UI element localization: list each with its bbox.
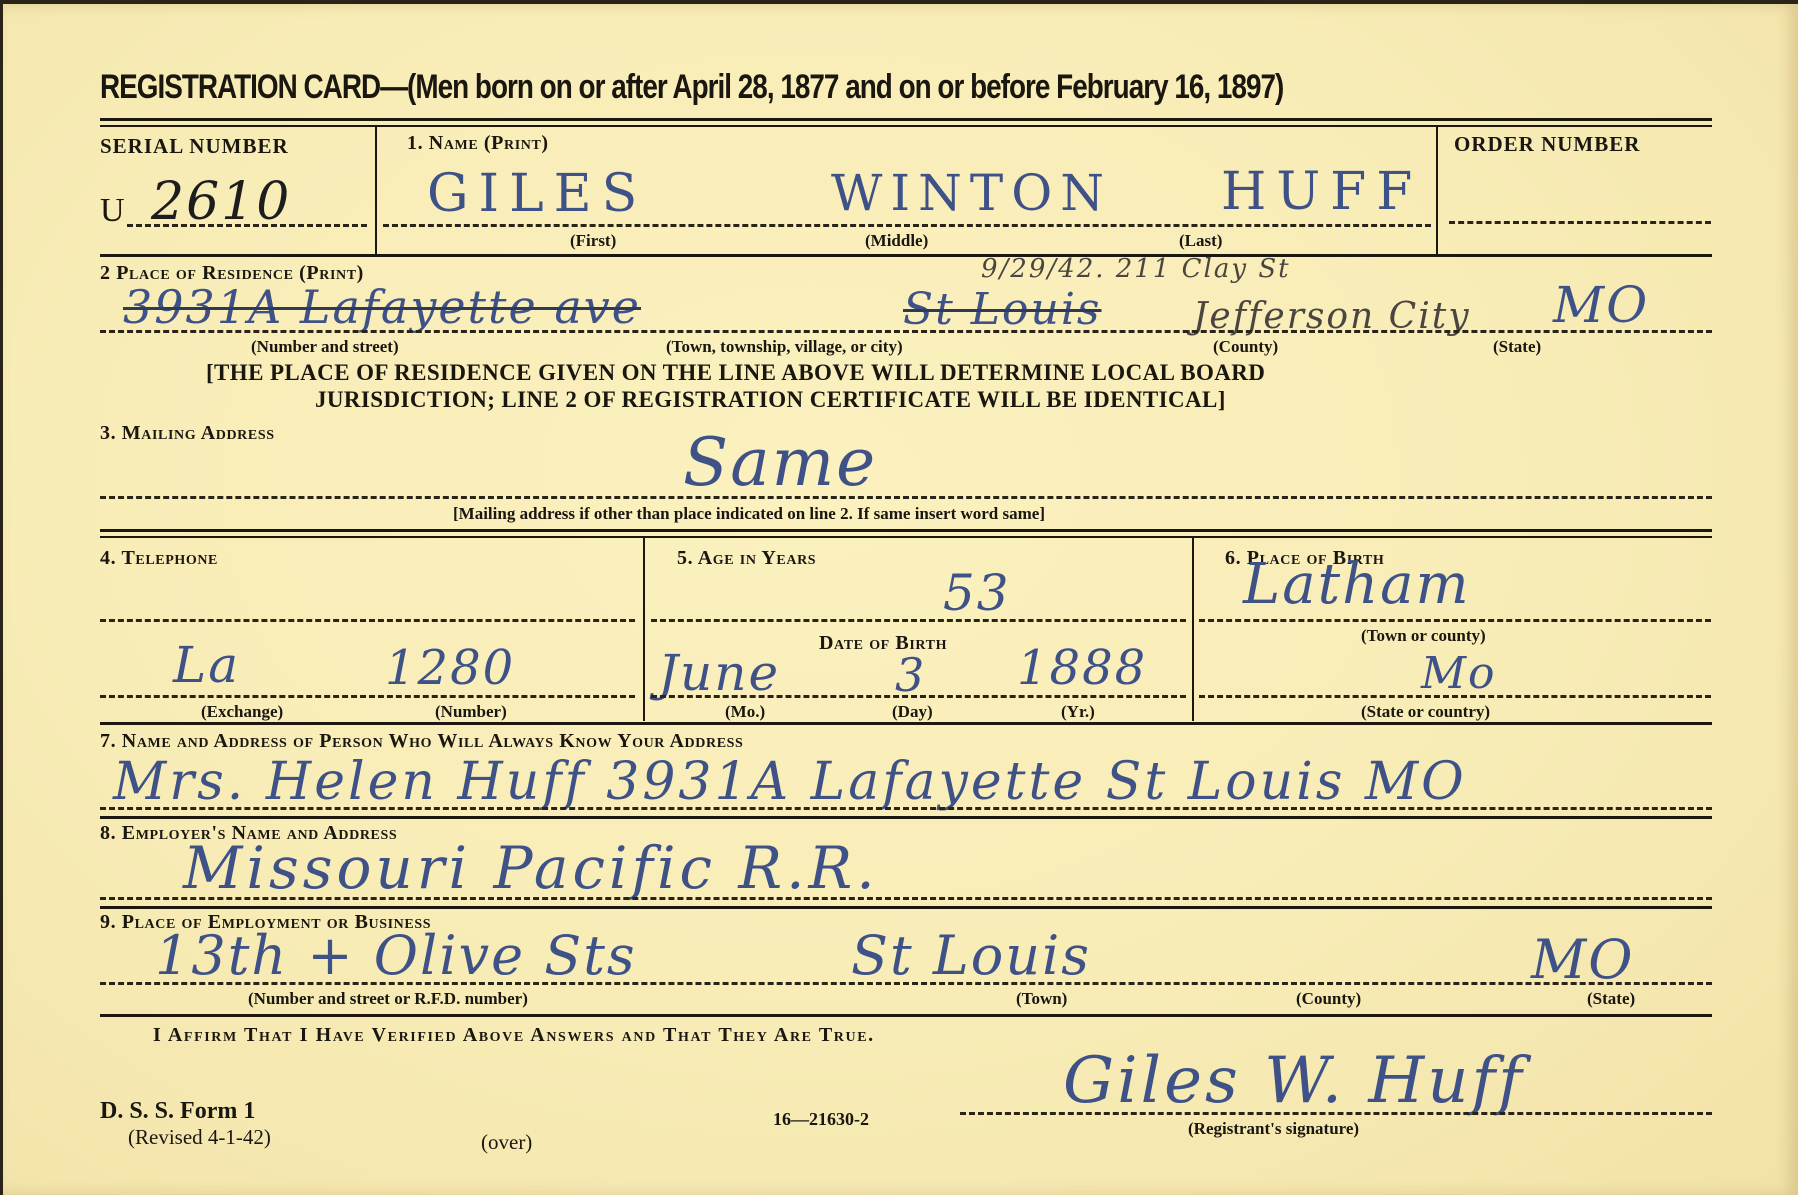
- name-last-value[interactable]: HUFF: [1221, 162, 1422, 222]
- employment-town-caption: (Town): [1016, 989, 1067, 1009]
- birth-year-caption: (Yr.): [1061, 702, 1095, 722]
- name-middle-caption: (Middle): [865, 231, 928, 251]
- order-number-line: [1449, 221, 1711, 224]
- residence-amendment: 9/29/42. 211 Clay St: [981, 254, 1291, 284]
- birth-day-caption: (Day): [892, 702, 933, 722]
- contact-person-label: 7. Name and Address of Person Who Will A…: [100, 730, 743, 753]
- name-last-caption: (Last): [1179, 231, 1222, 251]
- birth-place-town-caption: (Town or county): [1361, 626, 1486, 646]
- residence-town-value[interactable]: St Louis: [903, 284, 1102, 335]
- birth-day-value[interactable]: 3: [895, 648, 926, 702]
- form-name: D. S. S. Form 1: [100, 1098, 255, 1125]
- residence-county-caption: (County): [1213, 337, 1278, 357]
- name-line: [383, 224, 1431, 227]
- employer-line: [100, 897, 1712, 900]
- serial-number-label: SERIAL NUMBER: [100, 134, 289, 159]
- serial-number-value[interactable]: 2610: [151, 172, 291, 232]
- divider: [100, 816, 1712, 819]
- divider: [100, 1014, 1712, 1017]
- mailing-address-caption: [Mailing address if other than place ind…: [453, 504, 1045, 524]
- residence-street-caption: (Number and street): [251, 337, 399, 357]
- telephone-line: [100, 695, 635, 698]
- birth-place-town-value[interactable]: Latham: [1243, 552, 1471, 617]
- name-first-caption: (First): [570, 231, 616, 251]
- divider: [643, 538, 645, 721]
- birth-date-label: Date of Birth: [819, 632, 947, 655]
- residence-state-caption: (State): [1493, 337, 1541, 357]
- telephone-exchange-value[interactable]: La: [173, 636, 240, 694]
- divider: [100, 254, 1712, 257]
- divider: [100, 536, 1712, 538]
- birth-place-state-line: [1199, 695, 1711, 698]
- birth-date-line: [651, 695, 1186, 698]
- employment-street-value[interactable]: 13th + Olive Sts: [155, 924, 637, 987]
- divider: [375, 127, 377, 255]
- name-label: 1. Name (Print): [407, 132, 549, 155]
- contact-person-line: [100, 807, 1712, 810]
- order-number-label: ORDER NUMBER: [1454, 132, 1640, 157]
- age-label: 5. Age in Years: [677, 547, 816, 570]
- telephone-line-top: [100, 619, 635, 622]
- birth-month-caption: (Mo.): [725, 702, 765, 722]
- signature-line: [960, 1112, 1712, 1115]
- residence-town-caption: (Town, township, village, or city): [666, 337, 903, 357]
- divider: [100, 906, 1712, 909]
- age-line: [651, 619, 1186, 622]
- birth-place-state-value[interactable]: Mo: [1421, 648, 1497, 699]
- telephone-number-value[interactable]: 1280: [385, 640, 515, 696]
- name-first-value[interactable]: GILES: [427, 164, 647, 224]
- over-note: (over): [481, 1130, 532, 1155]
- birth-place-state-caption: (State or country): [1361, 702, 1490, 722]
- age-value[interactable]: 53: [943, 564, 1011, 622]
- employment-street-caption: (Number and street or R.F.D. number): [248, 989, 528, 1009]
- employer-value[interactable]: Missouri Pacific R.R.: [183, 834, 879, 902]
- telephone-number-caption: (Number): [435, 702, 507, 722]
- print-code: 16—21630-2: [773, 1109, 869, 1130]
- serial-prefix: U: [100, 192, 125, 230]
- form-revision: (Revised 4-1-42): [128, 1125, 271, 1150]
- telephone-label: 4. Telephone: [100, 547, 218, 570]
- birth-year-value[interactable]: 1888: [1017, 640, 1147, 696]
- divider: [100, 722, 1712, 725]
- registrant-signature[interactable]: Giles W. Huff: [1063, 1044, 1525, 1118]
- birth-month-value[interactable]: June: [658, 644, 780, 702]
- residence-state-value[interactable]: MO: [1553, 276, 1649, 334]
- jurisdiction-notice-line1: [THE PLACE OF RESIDENCE GIVEN ON THE LIN…: [206, 360, 1265, 386]
- employment-line: [100, 982, 1712, 985]
- divider: [100, 118, 1712, 121]
- telephone-exchange-caption: (Exchange): [201, 702, 283, 722]
- divider: [1436, 127, 1438, 255]
- employment-state-caption: (State): [1587, 989, 1635, 1009]
- registration-card: REGISTRATION CARD—(Men born on or after …: [3, 4, 1798, 1195]
- divider: [100, 125, 1712, 127]
- divider: [100, 529, 1712, 532]
- birth-place-town-line: [1199, 619, 1711, 622]
- employment-town-value[interactable]: St Louis: [851, 924, 1091, 987]
- mailing-line: [100, 496, 1712, 499]
- affirmation-text: I Affirm That I Have Verified Above Answ…: [153, 1024, 875, 1047]
- mailing-address-value[interactable]: Same: [683, 424, 877, 501]
- card-title: REGISTRATION CARD—(Men born on or after …: [100, 68, 1283, 107]
- employment-county-caption: (County): [1296, 989, 1361, 1009]
- contact-person-value[interactable]: Mrs. Helen Huff 3931A Lafayette St Louis…: [113, 752, 1467, 812]
- residence-line: [100, 330, 1712, 333]
- jurisdiction-notice-line2: JURISDICTION; LINE 2 OF REGISTRATION CER…: [315, 387, 1226, 413]
- mailing-address-label: 3. Mailing Address: [100, 422, 275, 445]
- signature-caption: (Registrant's signature): [1188, 1119, 1359, 1139]
- name-middle-value[interactable]: WINTON: [831, 164, 1112, 222]
- residence-street-value[interactable]: 3931A Lafayette ave: [123, 280, 641, 334]
- divider: [1192, 538, 1194, 721]
